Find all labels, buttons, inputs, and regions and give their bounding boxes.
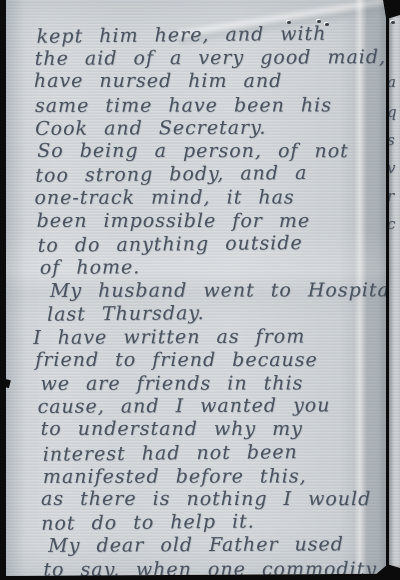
- adjacent-page-fragment: q: [389, 103, 397, 121]
- handwriting-line: one-track mind, it has: [34, 187, 379, 211]
- photo-scan: kept him here, and with the aid of a ver…: [0, 0, 400, 580]
- letter-page: kept him here, and with the aid of a ver…: [6, 0, 386, 576]
- adjacent-page-fragment: v: [389, 159, 395, 177]
- pinhole: [391, 21, 395, 24]
- handwriting-line: manifested before this,: [43, 465, 381, 489]
- handwriting-line: too strong body, and a: [35, 161, 379, 188]
- handwriting-line: of home.: [40, 255, 380, 280]
- handwriting-line: to do anything outside: [38, 231, 380, 258]
- handwriting-line: we are friends in this: [40, 372, 380, 396]
- handwriting-line: have nursed him and: [34, 70, 379, 94]
- handwriting-line: My dear old Father used: [48, 534, 381, 559]
- handwriting-line: same time have been his: [35, 94, 379, 118]
- handwriting-line: last Thursday.: [47, 301, 380, 328]
- handwriting-line: as there is nothing I would: [41, 488, 381, 511]
- adjacent-page-fragment: a: [389, 73, 396, 91]
- paper-edge-notch: [0, 378, 11, 388]
- handwriting-line: to say, when one commodity: [43, 558, 381, 580]
- handwriting-line: to understand why my: [41, 418, 381, 441]
- adjacent-page-fragment: c: [389, 215, 395, 233]
- handwriting-line: cause, and I wanted you: [37, 394, 380, 419]
- adjacent-page-fragment: r: [389, 187, 394, 205]
- handwriting-line: kept him here, and with: [36, 22, 378, 49]
- adjacent-page-fragment: s: [389, 131, 395, 149]
- handwriting-line: My husband went to Hospital: [50, 279, 380, 303]
- handwriting-line: So being a person, of not: [37, 140, 379, 164]
- handwriting-line: I have written as from: [33, 325, 380, 350]
- handwriting-line: Cook and Secretary.: [35, 116, 379, 141]
- handwriting-line: interest had not been: [43, 440, 381, 467]
- handwriting-line: friend to friend because: [35, 349, 380, 373]
- handwriting-line: not do to help it.: [41, 509, 381, 536]
- handwriting-line: been impossible for me: [37, 209, 380, 233]
- handwritten-text: kept him here, and with the aid of a ver…: [29, 23, 382, 580]
- handwriting-line: the aid of a very good maid,: [35, 46, 379, 71]
- adjacent-page-edge: a q s v r c: [389, 15, 400, 568]
